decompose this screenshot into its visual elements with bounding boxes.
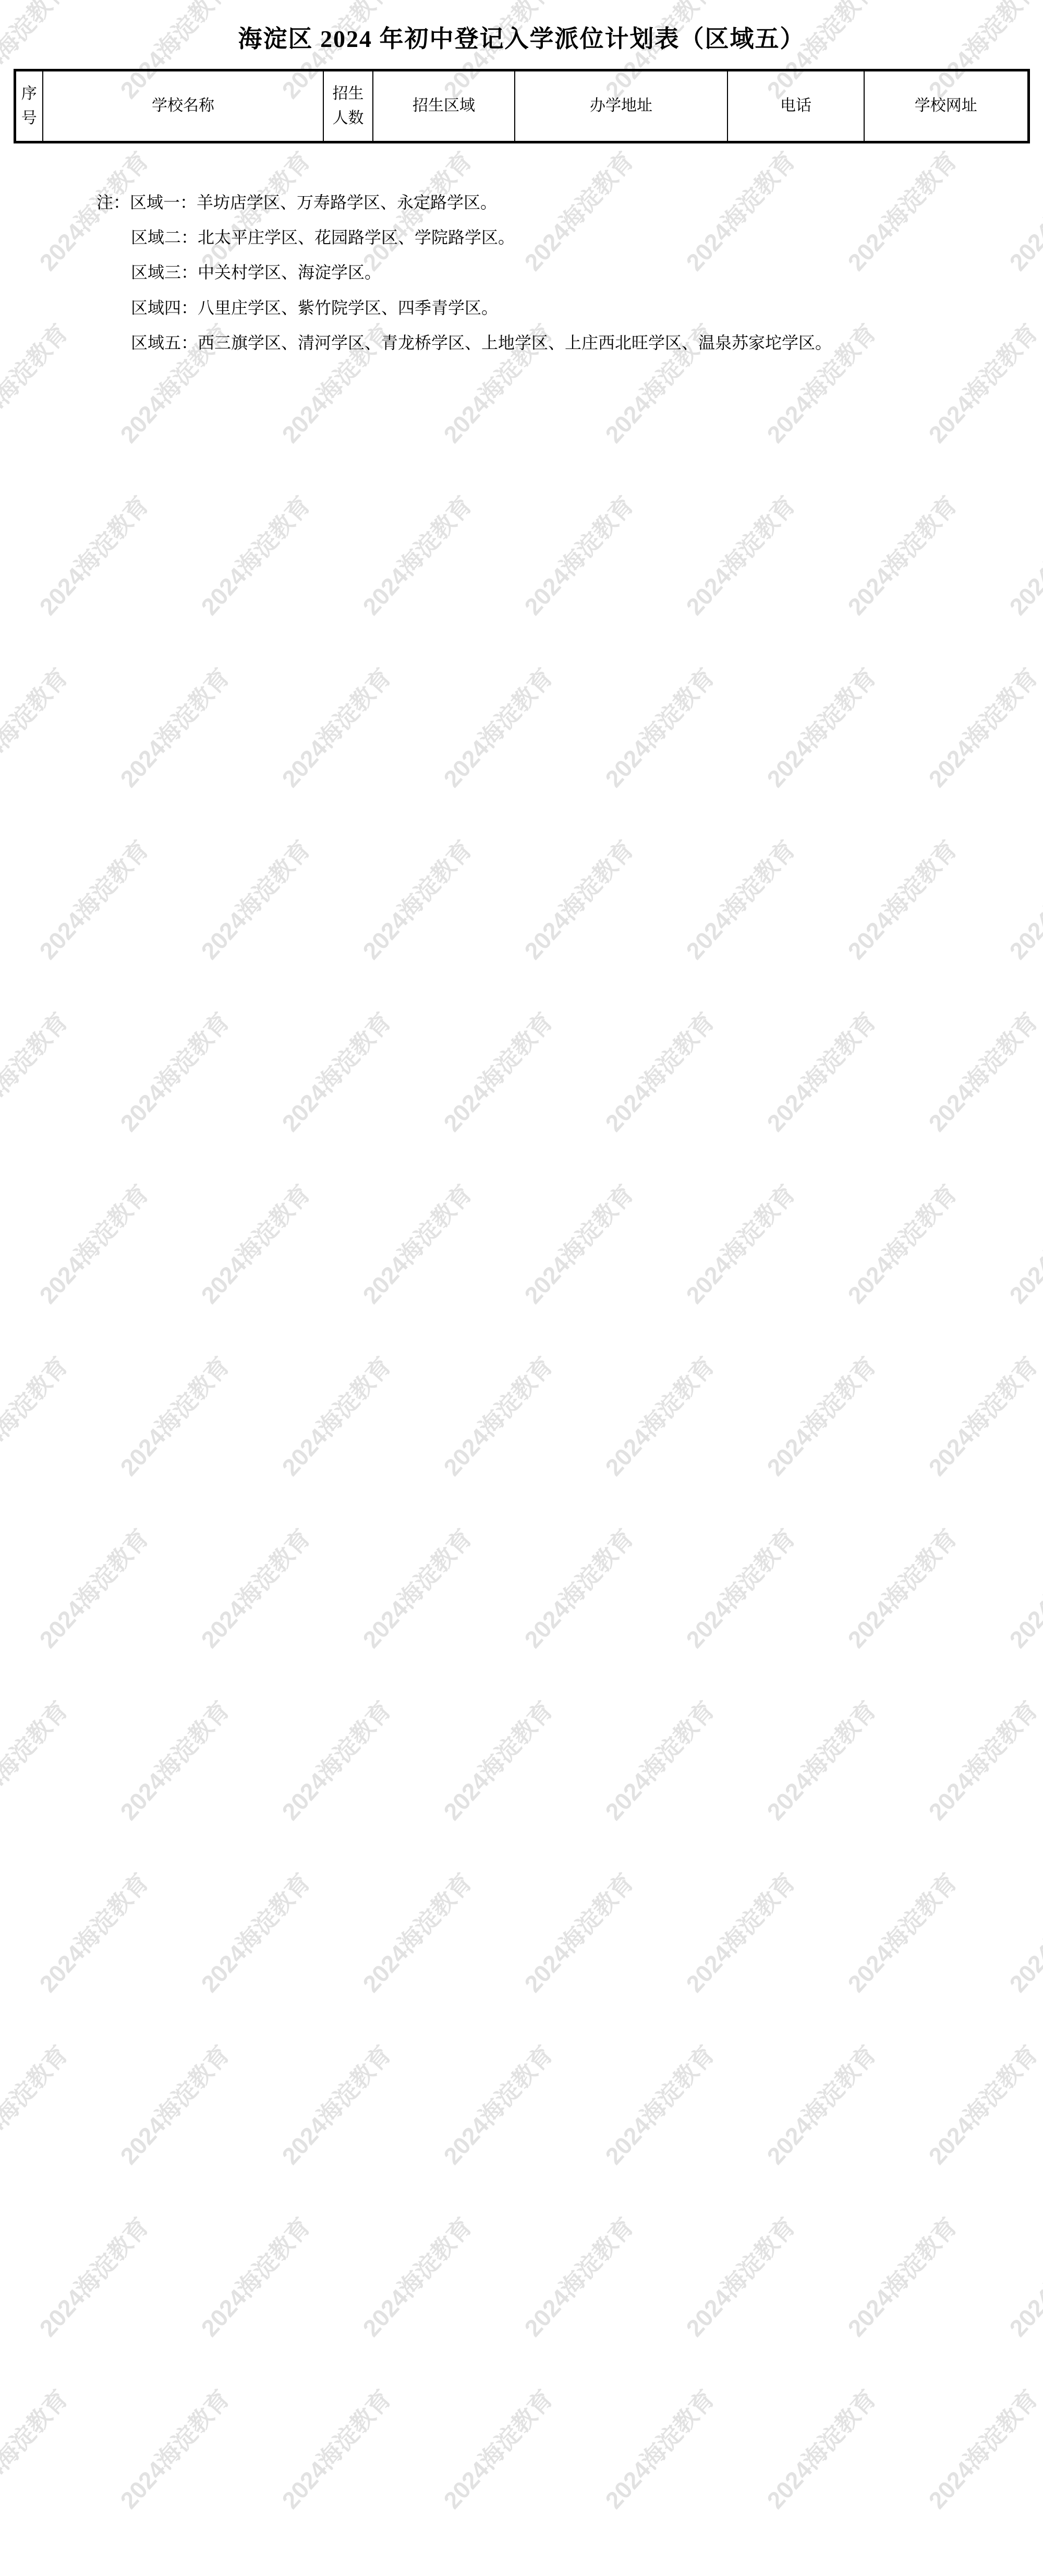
watermark-text: 2024海淀教育 bbox=[0, 2037, 75, 2171]
watermark-text: 2024海淀教育 bbox=[354, 1865, 479, 1999]
watermark-text: 2024海淀教育 bbox=[354, 1176, 479, 1310]
header-school: 学校名称 bbox=[43, 70, 323, 142]
watermark-text: 2024海淀教育 bbox=[677, 488, 803, 622]
note-line: 区域三：中关村学区、海淀学区。 bbox=[96, 255, 1043, 290]
watermark-text: 2024海淀教育 bbox=[919, 2381, 1043, 2515]
watermark-text: 2024海淀教育 bbox=[434, 2381, 560, 2515]
watermark-text: 2024海淀教育 bbox=[596, 2037, 722, 2171]
header-address: 办学地址 bbox=[515, 70, 727, 142]
watermark-text: 2024海淀教育 bbox=[273, 2381, 398, 2515]
watermark-text: 2024海淀教育 bbox=[839, 1176, 964, 1310]
watermark-text: 2024海淀教育 bbox=[919, 1349, 1043, 1483]
watermark-text: 2024海淀教育 bbox=[515, 832, 641, 966]
header-row: 序号 学校名称 招生人数 招生区域 办学地址 电话 学校网址 bbox=[15, 70, 1028, 142]
watermark-text: 2024海淀教育 bbox=[758, 1349, 883, 1483]
region-notes: 注：区域一：羊坊店学区、万寿路学区、永定路学区。区域二：北太平庄学区、花园路学区… bbox=[96, 185, 1043, 360]
watermark-text: 2024海淀教育 bbox=[273, 1693, 398, 1827]
watermark-text: 2024海淀教育 bbox=[1000, 832, 1043, 966]
page-title: 海淀区 2024 年初中登记入学派位计划表（区域五） bbox=[0, 0, 1043, 54]
watermark-text: 2024海淀教育 bbox=[30, 832, 156, 966]
header-index: 序号 bbox=[15, 70, 43, 142]
watermark-text: 2024海淀教育 bbox=[192, 488, 318, 622]
watermark-text: 2024海淀教育 bbox=[30, 488, 156, 622]
watermark-text: 2024海淀教育 bbox=[0, 1349, 75, 1483]
table-header: 序号 学校名称 招生人数 招生区域 办学地址 电话 学校网址 bbox=[15, 70, 1028, 142]
note-line: 注：区域一：羊坊店学区、万寿路学区、永定路学区。 bbox=[96, 185, 1043, 220]
watermark-layer: 2024海淀教育2024海淀教育2024海淀教育2024海淀教育2024海淀教育… bbox=[0, 0, 1043, 2576]
watermark-text: 2024海淀教育 bbox=[596, 660, 722, 794]
watermark-text: 2024海淀教育 bbox=[677, 1865, 803, 1999]
watermark-text: 2024海淀教育 bbox=[758, 660, 883, 794]
watermark-text: 2024海淀教育 bbox=[1000, 1521, 1043, 1655]
watermark-text: 2024海淀教育 bbox=[839, 1521, 964, 1655]
watermark-text: 2024海淀教育 bbox=[515, 1865, 641, 1999]
watermark-text: 2024海淀教育 bbox=[192, 1176, 318, 1310]
watermark-text: 2024海淀教育 bbox=[273, 1004, 398, 1138]
note-line: 区域五：西三旗学区、清河学区、青龙桥学区、上地学区、上庄西北旺学区、温泉苏家坨学… bbox=[96, 326, 1043, 360]
header-region: 招生区域 bbox=[373, 70, 515, 142]
watermark-text: 2024海淀教育 bbox=[839, 832, 964, 966]
watermark-text: 2024海淀教育 bbox=[111, 1004, 237, 1138]
watermark-text: 2024海淀教育 bbox=[30, 1176, 156, 1310]
watermark-text: 2024海淀教育 bbox=[111, 2037, 237, 2171]
watermark-text: 2024海淀教育 bbox=[30, 1521, 156, 1655]
watermark-text: 2024海淀教育 bbox=[0, 1004, 75, 1138]
watermark-text: 2024海淀教育 bbox=[192, 832, 318, 966]
watermark-text: 2024海淀教育 bbox=[758, 1004, 883, 1138]
watermark-text: 2024海淀教育 bbox=[596, 1004, 722, 1138]
watermark-text: 2024海淀教育 bbox=[192, 2209, 318, 2343]
watermark-text: 2024海淀教育 bbox=[111, 660, 237, 794]
header-phone: 电话 bbox=[727, 70, 864, 142]
watermark-text: 2024海淀教育 bbox=[919, 2037, 1043, 2171]
watermark-text: 2024海淀教育 bbox=[596, 2381, 722, 2515]
watermark-text: 2024海淀教育 bbox=[1000, 488, 1043, 622]
header-quota: 招生人数 bbox=[323, 70, 373, 142]
watermark-text: 2024海淀教育 bbox=[1000, 2209, 1043, 2343]
watermark-text: 2024海淀教育 bbox=[515, 488, 641, 622]
watermark-text: 2024海淀教育 bbox=[1000, 1865, 1043, 1999]
watermark-text: 2024海淀教育 bbox=[111, 1693, 237, 1827]
note-line: 区域二：北太平庄学区、花园路学区、学院路学区。 bbox=[96, 220, 1043, 255]
watermark-text: 2024海淀教育 bbox=[758, 1693, 883, 1827]
watermark-text: 2024海淀教育 bbox=[30, 2209, 156, 2343]
watermark-text: 2024海淀教育 bbox=[354, 1521, 479, 1655]
note-line: 区域四：八里庄学区、紫竹院学区、四季青学区。 bbox=[96, 291, 1043, 326]
watermark-text: 2024海淀教育 bbox=[839, 1865, 964, 1999]
watermark-text: 2024海淀教育 bbox=[839, 488, 964, 622]
watermark-text: 2024海淀教育 bbox=[111, 2381, 237, 2515]
watermark-text: 2024海淀教育 bbox=[515, 1176, 641, 1310]
watermark-text: 2024海淀教育 bbox=[434, 660, 560, 794]
watermark-text: 2024海淀教育 bbox=[919, 1693, 1043, 1827]
watermark-text: 2024海淀教育 bbox=[515, 2209, 641, 2343]
watermark-text: 2024海淀教育 bbox=[677, 1521, 803, 1655]
watermark-text: 2024海淀教育 bbox=[434, 2037, 560, 2171]
watermark-text: 2024海淀教育 bbox=[677, 2209, 803, 2343]
watermark-text: 2024海淀教育 bbox=[111, 1349, 237, 1483]
watermark-text: 2024海淀教育 bbox=[434, 1004, 560, 1138]
watermark-text: 2024海淀教育 bbox=[354, 832, 479, 966]
enrollment-plan-table: 序号 学校名称 招生人数 招生区域 办学地址 电话 学校网址 bbox=[14, 69, 1030, 143]
watermark-text: 2024海淀教育 bbox=[1000, 1176, 1043, 1310]
watermark-text: 2024海淀教育 bbox=[919, 660, 1043, 794]
watermark-text: 2024海淀教育 bbox=[596, 1349, 722, 1483]
watermark-text: 2024海淀教育 bbox=[354, 2209, 479, 2343]
watermark-text: 2024海淀教育 bbox=[434, 1693, 560, 1827]
watermark-text: 2024海淀教育 bbox=[839, 2209, 964, 2343]
watermark-text: 2024海淀教育 bbox=[758, 2381, 883, 2515]
header-website: 学校网址 bbox=[864, 70, 1028, 142]
watermark-text: 2024海淀教育 bbox=[273, 660, 398, 794]
watermark-text: 2024海淀教育 bbox=[192, 1521, 318, 1655]
watermark-text: 2024海淀教育 bbox=[919, 1004, 1043, 1138]
watermark-text: 2024海淀教育 bbox=[30, 1865, 156, 1999]
watermark-text: 2024海淀教育 bbox=[0, 1693, 75, 1827]
watermark-text: 2024海淀教育 bbox=[515, 1521, 641, 1655]
watermark-text: 2024海淀教育 bbox=[273, 1349, 398, 1483]
watermark-text: 2024海淀教育 bbox=[0, 2381, 75, 2515]
watermark-text: 2024海淀教育 bbox=[0, 660, 75, 794]
watermark-text: 2024海淀教育 bbox=[596, 1693, 722, 1827]
watermark-text: 2024海淀教育 bbox=[273, 2037, 398, 2171]
watermark-text: 2024海淀教育 bbox=[758, 2037, 883, 2171]
watermark-text: 2024海淀教育 bbox=[677, 1176, 803, 1310]
watermark-text: 2024海淀教育 bbox=[677, 832, 803, 966]
watermark-text: 2024海淀教育 bbox=[192, 1865, 318, 1999]
watermark-text: 2024海淀教育 bbox=[354, 488, 479, 622]
watermark-text: 2024海淀教育 bbox=[434, 1349, 560, 1483]
